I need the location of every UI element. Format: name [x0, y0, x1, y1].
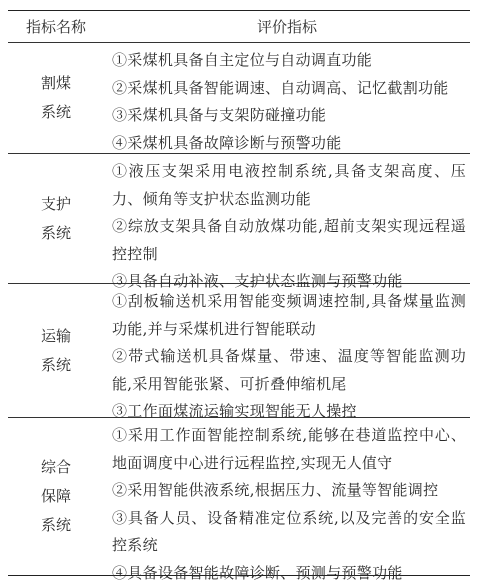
criterion-item: ①液压支架采用电液控制系统,具备支架高度、压力、倾角等支护状态监测功能 [112, 158, 470, 213]
header-indicator-name: 指标名称 [8, 16, 104, 37]
evaluation-table: 指标名称 评价指标 割煤系统 ①采煤机具备自主定位与自动调直功能 ②采煤机具备智… [8, 10, 470, 576]
table-row: 支护系统 ①液压支架采用电液控制系统,具备支架高度、压力、倾角等支护状态监测功能… [8, 154, 470, 283]
criterion-item: ④采煤机具备故障诊断与预警功能 [112, 130, 470, 158]
section-name: 运输系统 [41, 322, 71, 380]
criterion-item: ①采煤机具备自主定位与自动调直功能 [112, 47, 470, 75]
table-row: 综合保障系统 ①采用工作面智能控制系统,能够在巷道监控中心、地面调度中心进行远程… [8, 418, 470, 575]
criterion-item: ③采煤机具备与支架防碰撞功能 [112, 102, 470, 130]
criterion-item: ③具备人员、设备精准定位系统,以及完善的安全监控系统 [112, 505, 470, 560]
criterion-item: ②带式输送机具备煤量、带速、温度等智能监测功能,采用智能张紧、可折叠伸缩机尾 [112, 343, 470, 398]
criterion-item: ①采用工作面智能控制系统,能够在巷道监控中心、地面调度中心进行远程监控,实现无人… [112, 422, 470, 477]
table-row: 割煤系统 ①采煤机具备自主定位与自动调直功能 ②采煤机具备智能调速、自动调高、记… [8, 43, 470, 153]
table-row: 运输系统 ①刮板输送机采用智能变频调速控制,具备煤量监测功能,并与采煤机进行智能… [8, 284, 470, 417]
header-evaluation-criteria: 评价指标 [104, 16, 470, 37]
criterion-item: ②采用智能供液系统,根据压力、流量等智能调控 [112, 477, 470, 505]
section-name: 综合保障系统 [41, 453, 71, 540]
section-name: 割煤系统 [41, 69, 71, 127]
criterion-item: ④具备设备智能故障诊断、预测与预警功能 [112, 560, 470, 583]
criterion-item: ②采煤机具备智能调速、自动调高、记忆截割功能 [112, 75, 470, 103]
table-header: 指标名称 评价指标 [8, 11, 470, 42]
criterion-item: ①刮板输送机采用智能变频调速控制,具备煤量监测功能,并与采煤机进行智能联动 [112, 288, 470, 343]
section-name: 支护系统 [41, 190, 71, 248]
criterion-item: ②综放支架具备自动放煤功能,超前支架实现远程遥控控制 [112, 213, 470, 268]
